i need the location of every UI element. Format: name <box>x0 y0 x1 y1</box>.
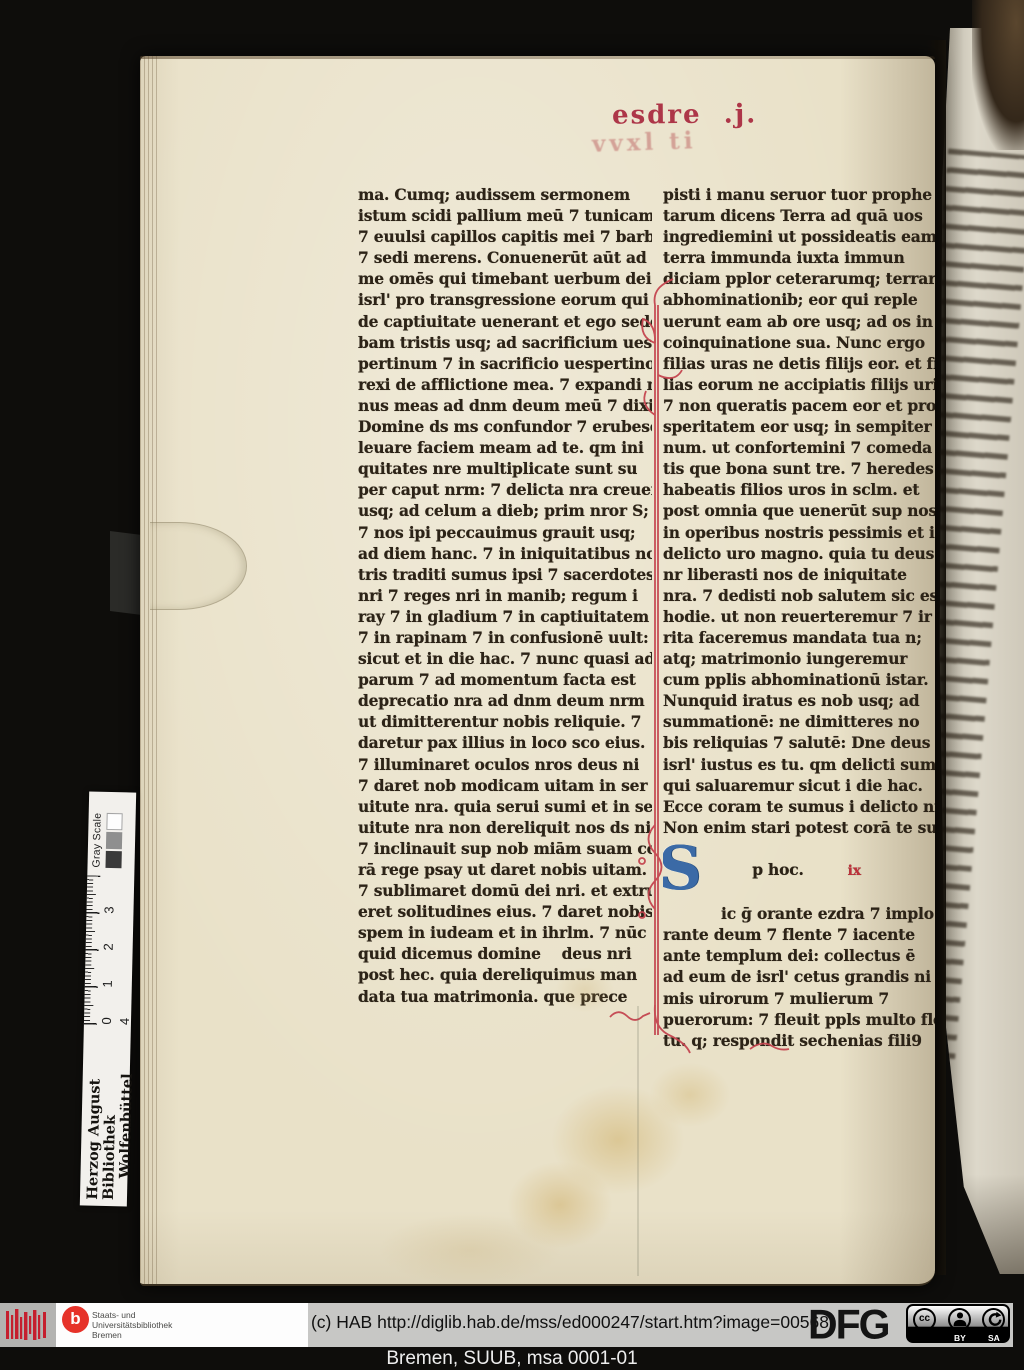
chapter-numeral-rubric: ix <box>848 863 861 879</box>
digitized-manuscript-viewer: { "header": { "rubric": "esdre .j.", "bl… <box>0 0 1024 1370</box>
parchment-crease <box>637 1006 639 1276</box>
library-name-label: Herzog August Bibliothek Wolfenbüttel <box>79 1024 130 1206</box>
ruler-number: 0 <box>98 987 114 1024</box>
gray-patch-dark <box>105 851 121 868</box>
suub-bars-logo-icon <box>0 1303 56 1347</box>
book-corner <box>972 0 1024 150</box>
cc-sa-icon <box>982 1308 1005 1331</box>
dfg-logo: DFG <box>808 1301 889 1349</box>
manuscript-text-line: istum scidi pallium meū 7 tunicam. <box>358 205 652 226</box>
grayscale-patches <box>102 792 123 871</box>
manuscript-page: esdre .j. vvxl ti ma. Cumq; audissem ser… <box>140 56 935 1286</box>
copyright-url: (c) HAB http://diglib.hab.de/mss/ed00024… <box>300 1312 840 1333</box>
red-penwork-ornament-icon <box>600 265 820 1115</box>
ruler-number: 2 <box>100 913 116 950</box>
bremen-logo-panel: b Staats- und Universitätsbibliothek Bre… <box>56 1303 308 1347</box>
cc-by-label: BY <box>954 1333 966 1343</box>
ruler-numbers: 01234 <box>97 868 137 1025</box>
cc-sa-label: SA <box>988 1333 1000 1343</box>
gray-patch-white <box>106 813 122 830</box>
running-title-rubric: esdre .j. <box>612 99 757 130</box>
library-name-line2: Wolfenbüttel <box>116 1025 136 1201</box>
bremen-library-name: Staats- und Universitätsbibliothek Breme… <box>92 1311 172 1340</box>
manuscript-text-line: ma. Cumq; audissem sermonem <box>358 184 652 205</box>
manuscript-text-line: pisti i manu seruor tuor prophe <box>663 184 935 205</box>
ruler-number: 3 <box>101 876 117 913</box>
page-top-edge <box>140 56 935 59</box>
gray-patch-mid <box>105 832 121 849</box>
facing-page-edge <box>938 28 1024 1274</box>
grayscale-ruler-strip: Herzog August Bibliothek Wolfenbüttel 01… <box>79 792 135 1207</box>
bremen-name-line3: Bremen <box>92 1331 172 1341</box>
footer-credit-bar: b Staats- und Universitätsbibliothek Bre… <box>0 1303 1013 1347</box>
ruler-number: 1 <box>99 950 115 987</box>
cc-license-badge: cc BY SA <box>906 1304 1010 1343</box>
bremen-b-logo: b <box>62 1306 89 1333</box>
manuscript-text-line: tarum dicens Terra ad quā uos <box>663 205 935 226</box>
shelfmark-caption: Bremen, SUUB, msa 0001-01 <box>0 1348 1024 1370</box>
cc-icon: cc <box>913 1308 936 1331</box>
ruler-scale: 01234 <box>83 870 133 1025</box>
facing-page-shadow <box>938 28 1024 1274</box>
ruler-tick-marks <box>83 874 99 1024</box>
suub-bars-logo <box>0 1303 56 1347</box>
grayscale-patch-zone: Gray Scale <box>87 792 136 872</box>
cc-by-icon <box>948 1308 971 1331</box>
manuscript-text-line: ingrediemini ut possideatis eam <box>663 226 935 247</box>
ink-bleedthrough: vvxl ti <box>592 127 697 158</box>
manuscript-text-line: 7 euulsi capillos capitis mei 7 barbe <box>358 226 652 247</box>
ruler-strip-face: Herzog August Bibliothek Wolfenbüttel 01… <box>79 792 135 1207</box>
ruler-number: 4 <box>116 988 132 1025</box>
library-name-line1: Herzog August Bibliothek <box>84 1024 120 1200</box>
page-stack-edges <box>140 56 157 1284</box>
grayscale-label: Gray Scale <box>90 792 104 871</box>
